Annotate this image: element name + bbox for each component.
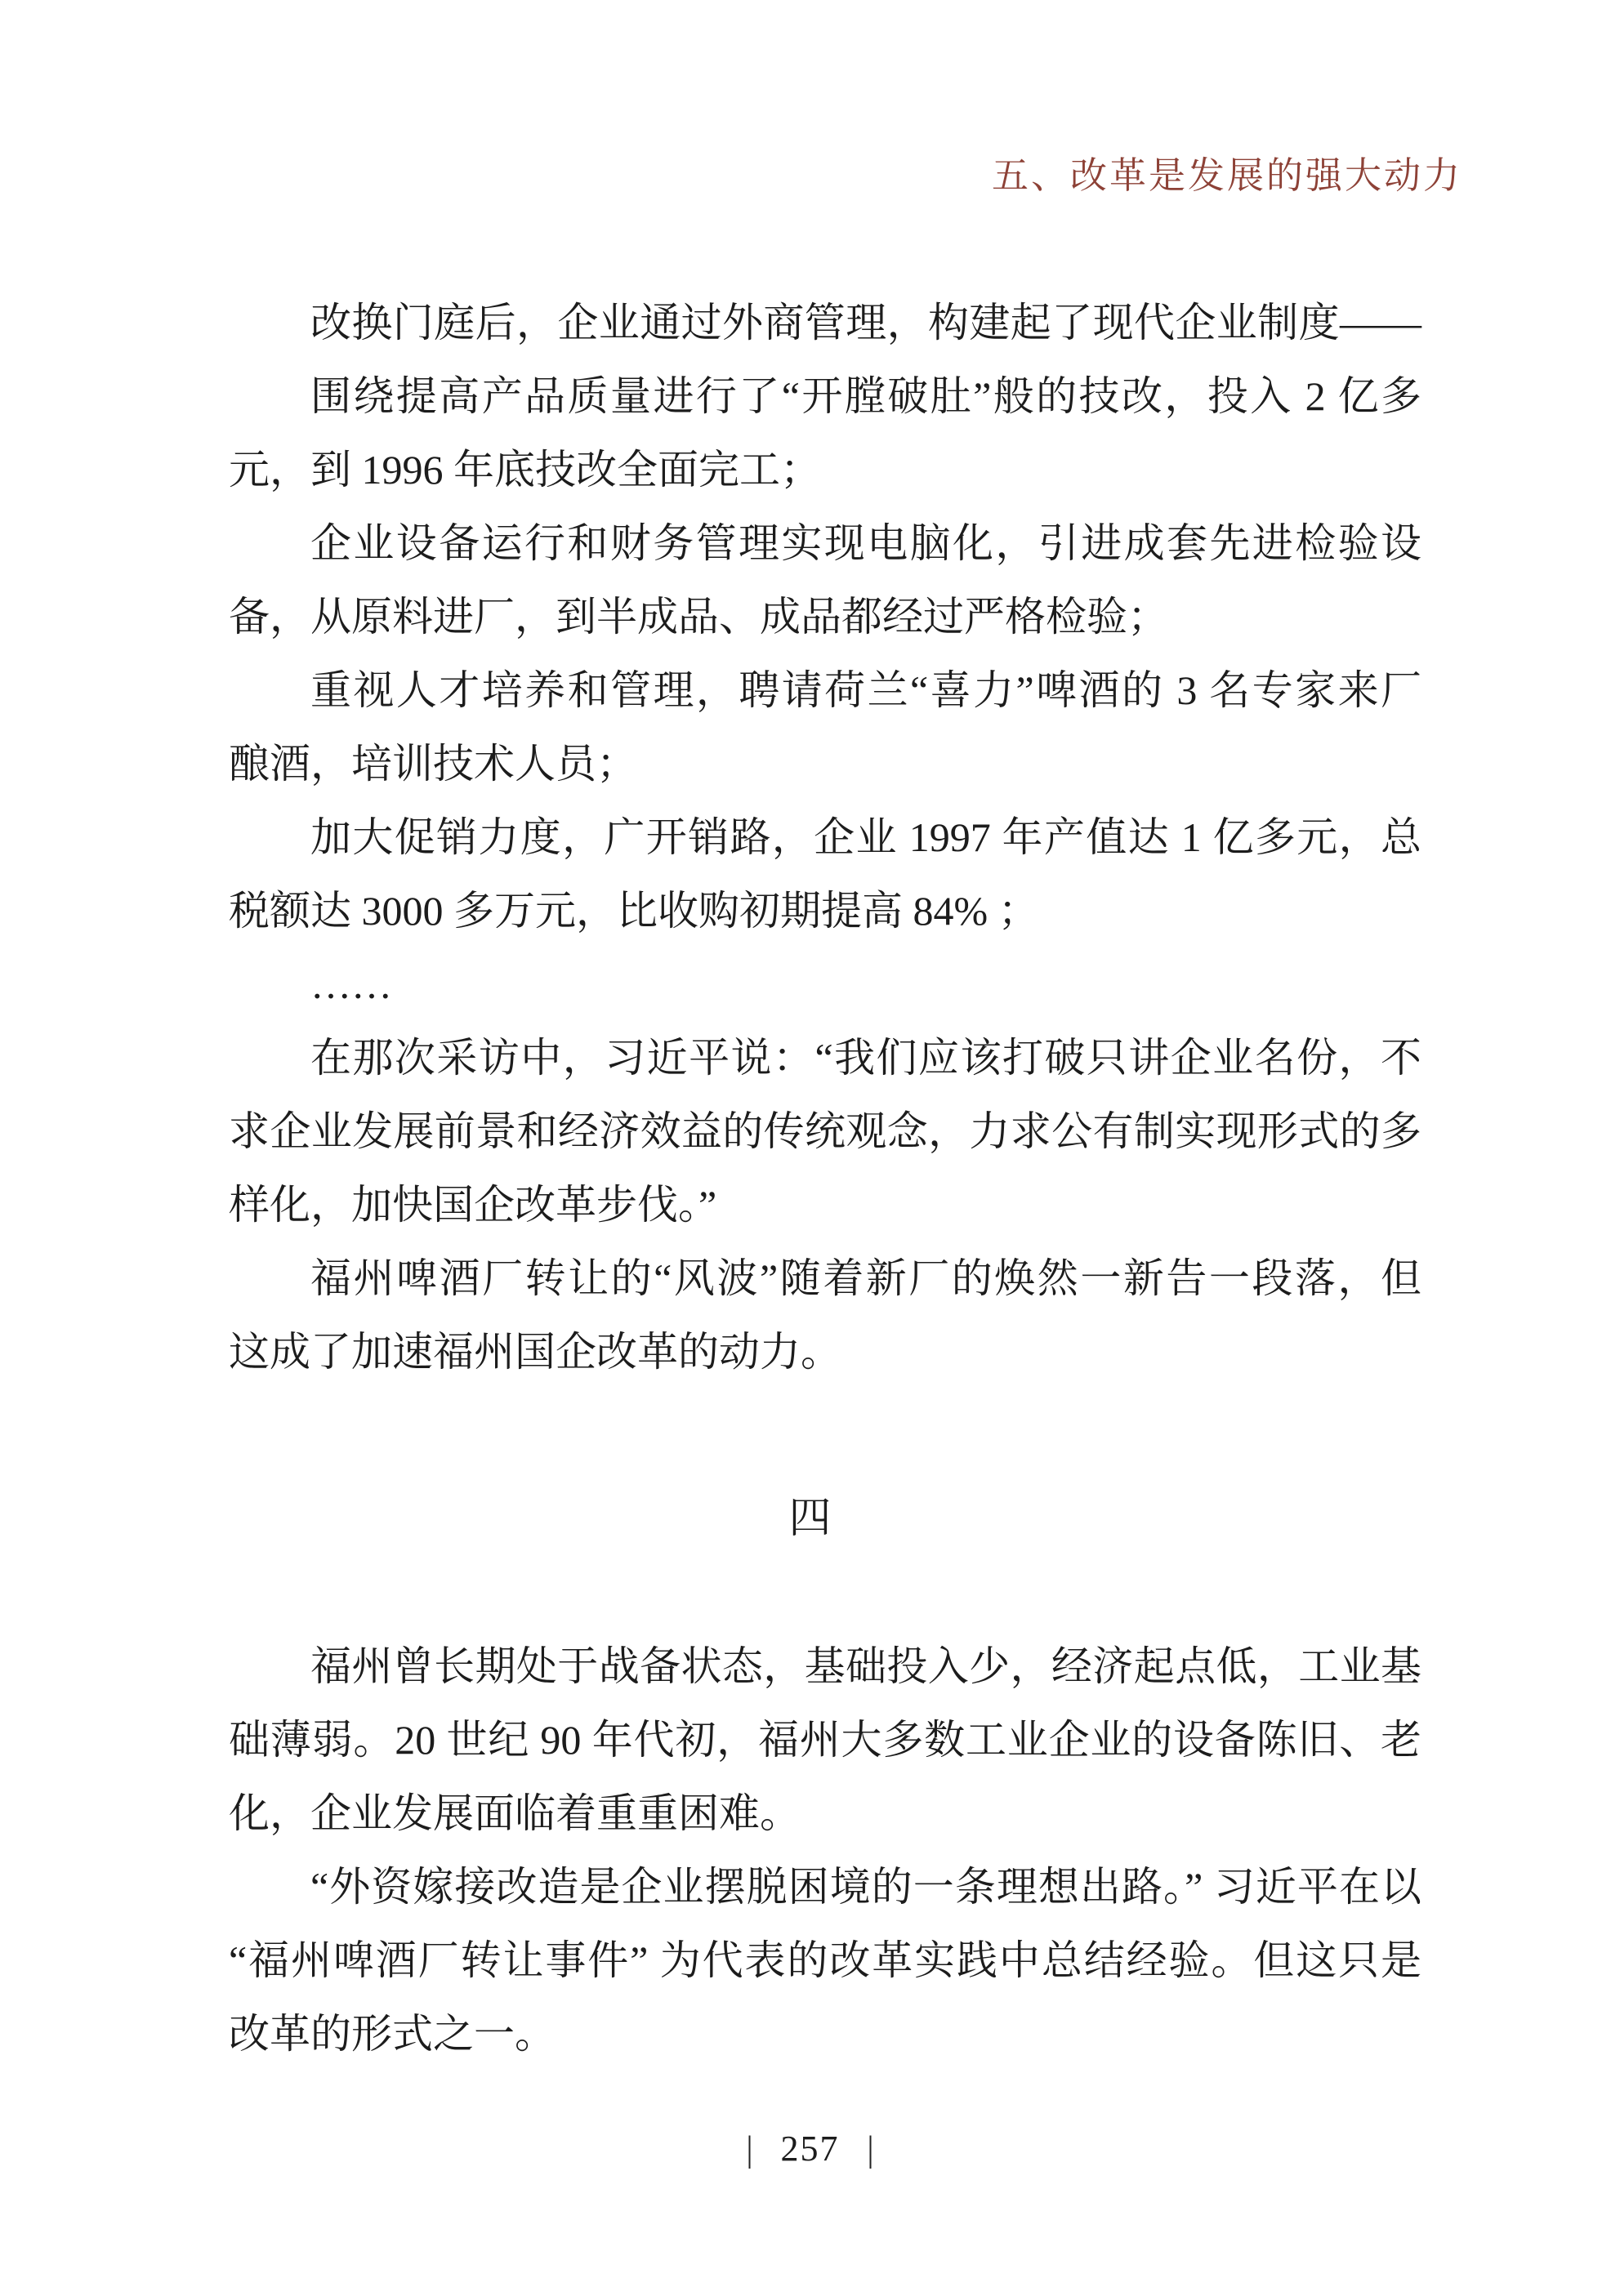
body-text-block-2: 福州曾长期处于战备状态，基础投入少，经济起点低，工业基 础薄弱。20 世纪 90… (229, 1629, 1421, 2071)
book-page: 五、改革是发展的强大动力 改换门庭后，企业通过外商管理，构建起了现代企业制度——… (0, 0, 1620, 2296)
body-line: 求企业发展前景和经济效益的传统观念，力求公有制实现形式的多 (229, 1095, 1421, 1168)
body-line: 础薄弱。20 世纪 90 年代初，福州大多数工业企业的设备陈旧、老 (229, 1703, 1421, 1777)
body-line: 福州啤酒厂转让的“风波”随着新厂的焕然一新告一段落，但 (229, 1242, 1421, 1315)
section-number: 四 (0, 1482, 1620, 1556)
body-line: 在那次采访中，习近平说：“我们应该打破只讲企业名份，不 (229, 1021, 1421, 1095)
body-line: 酿酒，培训技术人员； (229, 727, 1421, 800)
body-line: 样化，加快国企改革步伐。” (229, 1168, 1421, 1242)
body-line: 企业设备运行和财务管理实现电脑化，引进成套先进检验设 (229, 506, 1421, 580)
body-line: 化，企业发展面临着重重困难。 (229, 1777, 1421, 1850)
body-line: 备，从原料进厂，到半成品、成品都经过严格检验； (229, 580, 1421, 653)
body-line: 围绕提高产品质量进行了“开膛破肚”般的技改，投入 2 亿多 (229, 359, 1421, 433)
body-line: 元，到 1996 年底技改全面完工； (229, 433, 1421, 506)
body-line: 改革的形式之一。 (229, 1997, 1421, 2071)
body-line: 福州曾长期处于战备状态，基础投入少，经济起点低，工业基 (229, 1629, 1421, 1703)
body-line-ellipsis: …… (229, 947, 1421, 1021)
body-line: 这成了加速福州国企改革的动力。 (229, 1315, 1421, 1389)
footer-left-bar: | (746, 2127, 752, 2169)
page-footer: | 257 | (0, 2120, 1620, 2177)
body-line: “福州啤酒厂转让事件” 为代表的改革实践中总结经验。但这只是 (229, 1924, 1421, 1997)
body-line: 税额达 3000 多万元，比收购初期提高 84% ； (229, 874, 1421, 947)
body-text-block-1: 改换门庭后，企业通过外商管理，构建起了现代企业制度—— 围绕提高产品质量进行了“… (229, 286, 1421, 1389)
body-line: 重视人才培养和管理，聘请荷兰“喜力”啤酒的 3 名专家来厂 (229, 653, 1421, 727)
running-head: 五、改革是发展的强大动力 (992, 152, 1462, 199)
body-line: “外资嫁接改造是企业摆脱困境的一条理想出路。” 习近平在以 (229, 1850, 1421, 1924)
body-line: 改换门庭后，企业通过外商管理，构建起了现代企业制度—— (229, 286, 1421, 359)
footer-right-bar: | (868, 2127, 874, 2169)
page-number: 257 (781, 2128, 840, 2169)
body-line: 加大促销力度，广开销路，企业 1997 年产值达 1 亿多元，总 (229, 800, 1421, 874)
